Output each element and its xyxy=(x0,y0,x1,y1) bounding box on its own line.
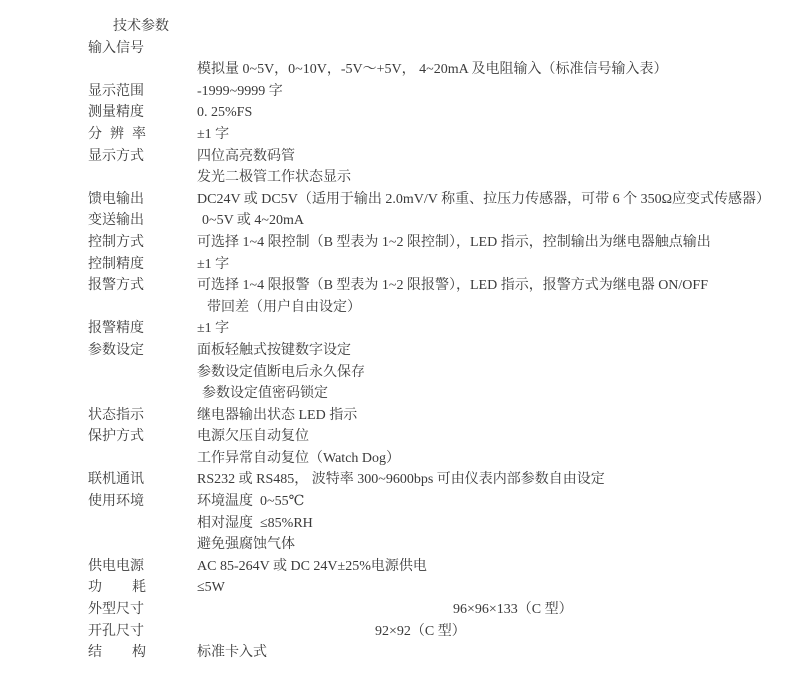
spec-value: 92×92（C 型） xyxy=(197,621,466,643)
spec-row: 报警方式可选择 1~4 限报警（B 型表为 1~2 限报警），LED 指示，报警… xyxy=(0,275,800,297)
spec-row: 显示方式四位高亮数码管 xyxy=(0,146,800,168)
spec-value: 电源欠压自动复位 xyxy=(197,426,309,448)
spec-document-page: 技术参数 输入信号模拟量 0~5V，0~10V，-5V～+5V， 4~20mA … xyxy=(0,0,800,690)
spec-label: 变送输出 xyxy=(88,210,146,232)
spec-row: 联机通讯RS232 或 RS485， 波特率 300~9600bps 可由仪表内… xyxy=(0,469,800,491)
spec-row: 使用环境环境温度 0~55℃ xyxy=(0,491,800,513)
spec-rows: 输入信号模拟量 0~5V，0~10V，-5V～+5V， 4~20mA 及电阻输入… xyxy=(0,38,800,664)
spec-value: 避免强腐蚀气体 xyxy=(197,534,295,556)
spec-row: 变送输出0~5V 或 4~20mA xyxy=(0,210,800,232)
spec-value: RS232 或 RS485， 波特率 300~9600bps 可由仪表内部参数自… xyxy=(197,469,605,491)
spec-value: 可选择 1~4 限控制（B 型表为 1~2 限控制），LED 指示，控制输出为继… xyxy=(197,232,711,254)
spec-label: 测量精度 xyxy=(88,102,146,124)
spec-value: -1999~9999 字 xyxy=(197,81,283,103)
spec-value: 工作异常自动复位（Watch Dog） xyxy=(197,448,400,470)
spec-row: 输入信号 xyxy=(0,38,800,60)
spec-label: 输入信号 xyxy=(88,38,146,60)
spec-value: 带回差（用户自由设定） xyxy=(197,297,361,319)
spec-value: ≤5W xyxy=(197,577,225,599)
spec-value: 相对湿度 ≤85%RH xyxy=(197,513,313,535)
spec-row: 避免强腐蚀气体 xyxy=(0,534,800,556)
spec-row: 报警精度±1 字 xyxy=(0,318,800,340)
spec-label: 参数设定 xyxy=(88,340,146,362)
page-title: 技术参数 xyxy=(113,16,800,38)
spec-label: 使用环境 xyxy=(88,491,146,513)
spec-value: DC24V 或 DC5V（适用于输出 2.0mV/V 称重、拉压力传感器，可带 … xyxy=(197,189,770,211)
spec-label: 外型尺寸 xyxy=(88,599,146,621)
spec-label: 开孔尺寸 xyxy=(88,621,146,643)
spec-value: ±1 字 xyxy=(197,254,229,276)
spec-value: 96×96×133（C 型） xyxy=(197,599,573,621)
spec-value: 环境温度 0~55℃ xyxy=(197,491,304,513)
spec-row: 供电电源AC 85-264V 或 DC 24V±25%电源供电 xyxy=(0,556,800,578)
spec-label: 报警方式 xyxy=(88,275,146,297)
spec-label: 分辨率 xyxy=(88,124,146,146)
spec-row: 参数设定值密码锁定 xyxy=(0,383,800,405)
spec-value: 0~5V 或 4~20mA xyxy=(197,210,304,232)
spec-label: 供电电源 xyxy=(88,556,146,578)
spec-value: AC 85-264V 或 DC 24V±25%电源供电 xyxy=(197,556,427,578)
spec-value: 继电器输出状态 LED 指示 xyxy=(197,405,357,427)
spec-row: 控制方式可选择 1~4 限控制（B 型表为 1~2 限控制），LED 指示，控制… xyxy=(0,232,800,254)
spec-row: 相对湿度 ≤85%RH xyxy=(0,513,800,535)
spec-row: 控制精度±1 字 xyxy=(0,254,800,276)
spec-value: 标准卡入式 xyxy=(197,642,267,664)
spec-row: 保护方式电源欠压自动复位 xyxy=(0,426,800,448)
spec-value: 四位高亮数码管 xyxy=(197,146,295,168)
spec-row: 分辨率±1 字 xyxy=(0,124,800,146)
spec-row: 参数设定值断电后永久保存 xyxy=(0,362,800,384)
spec-label: 控制精度 xyxy=(88,254,146,276)
spec-value: ±1 字 xyxy=(197,124,229,146)
spec-row: 带回差（用户自由设定） xyxy=(0,297,800,319)
spec-value: 可选择 1~4 限报警（B 型表为 1~2 限报警），LED 指示，报警方式为继… xyxy=(197,275,708,297)
spec-label: 报警精度 xyxy=(88,318,146,340)
spec-value: 发光二极管工作状态显示 xyxy=(197,167,351,189)
spec-row: 测量精度0. 25%FS xyxy=(0,102,800,124)
spec-label: 状态指示 xyxy=(88,405,146,427)
spec-label: 结构 xyxy=(88,642,146,664)
spec-value: 0. 25%FS xyxy=(197,102,252,124)
spec-label: 功耗 xyxy=(88,577,146,599)
spec-row: 工作异常自动复位（Watch Dog） xyxy=(0,448,800,470)
spec-value: 面板轻触式按键数字设定 xyxy=(197,340,351,362)
spec-row: 结构标准卡入式 xyxy=(0,642,800,664)
spec-row: 参数设定面板轻触式按键数字设定 xyxy=(0,340,800,362)
spec-row: 外型尺寸96×96×133（C 型） xyxy=(0,599,800,621)
spec-row: 显示范围-1999~9999 字 xyxy=(0,81,800,103)
spec-value: 模拟量 0~5V，0~10V，-5V～+5V， 4~20mA 及电阻输入（标准信… xyxy=(197,59,667,81)
spec-label: 馈电输出 xyxy=(88,189,146,211)
spec-value: 参数设定值密码锁定 xyxy=(197,383,328,405)
spec-row: 开孔尺寸92×92（C 型） xyxy=(0,621,800,643)
spec-label: 显示方式 xyxy=(88,146,146,168)
spec-row: 发光二极管工作状态显示 xyxy=(0,167,800,189)
spec-label: 保护方式 xyxy=(88,426,146,448)
spec-row: 状态指示继电器输出状态 LED 指示 xyxy=(0,405,800,427)
spec-value: ±1 字 xyxy=(197,318,229,340)
spec-row: 馈电输出DC24V 或 DC5V（适用于输出 2.0mV/V 称重、拉压力传感器… xyxy=(0,189,800,211)
spec-label: 显示范围 xyxy=(88,81,146,103)
spec-value: 参数设定值断电后永久保存 xyxy=(197,362,365,384)
spec-label: 联机通讯 xyxy=(88,469,146,491)
spec-row: 模拟量 0~5V，0~10V，-5V～+5V， 4~20mA 及电阻输入（标准信… xyxy=(0,59,800,81)
spec-row: 功耗≤5W xyxy=(0,577,800,599)
spec-label: 控制方式 xyxy=(88,232,146,254)
